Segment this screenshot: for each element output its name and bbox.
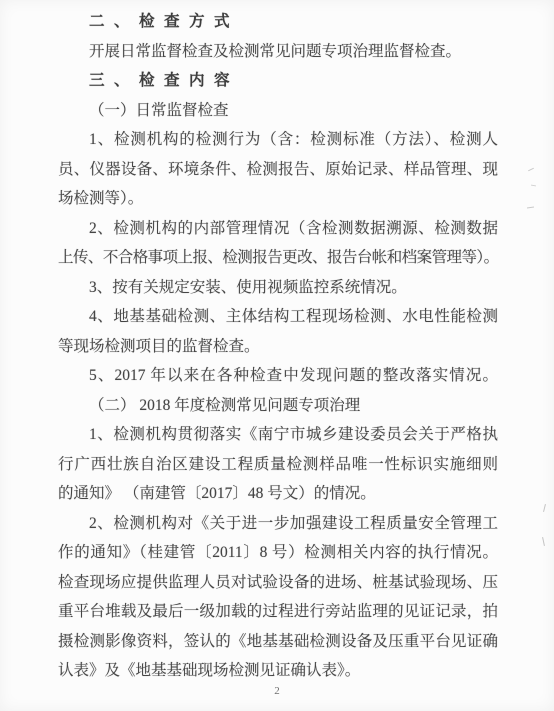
text-line: 1、检测机构的检测行为（含：检测标准（方法）、检测人 — [58, 125, 498, 155]
text-line: 检查现场应提供监理人员对试验设备的进场、桩基试验现场、压 — [58, 568, 498, 598]
text-line: 摄检测影像资料，签认的《地基基础检测设备及压重平台见证确 — [58, 627, 498, 657]
text-line: 员、仪器设备、环境条件、检测报告、原始记录、样品管理、现 — [58, 155, 498, 185]
text-line: 的通知》 （南建管〔2017〕48 号文）的情况。 — [58, 479, 498, 509]
text-line: 5、2017 年以来在各种检查中发现问题的整改落实情况。 — [58, 361, 498, 391]
text-line: 4、地基基础检测、主体结构工程现场检测、水电性能检测 — [58, 302, 498, 332]
section-heading: 三、检查内容 — [58, 66, 498, 96]
text-line: 3、按有关规定安装、使用视频监控系统情况。 — [58, 273, 498, 303]
text-line: 2、检测机构的内部管理情况（含检测数据溯源、检测数据 — [58, 214, 498, 244]
subsection-heading: （一）日常监督检查 — [58, 96, 498, 126]
text-line: 1、检测机构贯彻落实《南宁市城乡建设委员会关于严格执 — [58, 420, 498, 450]
text-line: 等现场检测项目的监督检查。 — [58, 332, 498, 362]
scan-artifact — [542, 537, 545, 546]
document-page: 二、检查方式 开展日常监督检查及检测常见问题专项治理监督检查。 三、检查内容 （… — [0, 0, 554, 711]
page-number: 2 — [0, 684, 554, 698]
text-line: 2、检测机构对《关于进一步加强建设工程质量安全管理工 — [58, 509, 498, 539]
subsection-heading: （二） 2018 年度检测常见问题专项治理 — [58, 391, 498, 421]
scan-artifact — [528, 168, 534, 171]
text-line: 重平台堆载及最后一级加载的过程进行旁站监理的见证记录，拍 — [58, 597, 498, 627]
text-line: 认表》及《地基基础现场检测见证确认表》。 — [58, 656, 498, 686]
text-line: 开展日常监督检查及检测常见问题专项治理监督检查。 — [58, 37, 498, 67]
text-line: 场检测等）。 — [58, 184, 498, 214]
text-line: 上传、不合格事项上报、检测报告更改、报告台帐和档案管理等）。 — [58, 243, 498, 273]
document-body: 二、检查方式 开展日常监督检查及检测常见问题专项治理监督检查。 三、检查内容 （… — [58, 7, 498, 686]
section-heading: 二、检查方式 — [58, 7, 498, 37]
text-line: 作的通知》（桂建管〔2011〕8 号）检测相关内容的执行情况。 — [58, 538, 498, 568]
text-line: 行广西壮族自治区建设工程质量检测样品唯一性标识实施细则 — [58, 450, 498, 480]
scan-artifact — [531, 185, 536, 187]
scan-artifact — [527, 207, 534, 209]
scan-artifact — [543, 504, 546, 512]
